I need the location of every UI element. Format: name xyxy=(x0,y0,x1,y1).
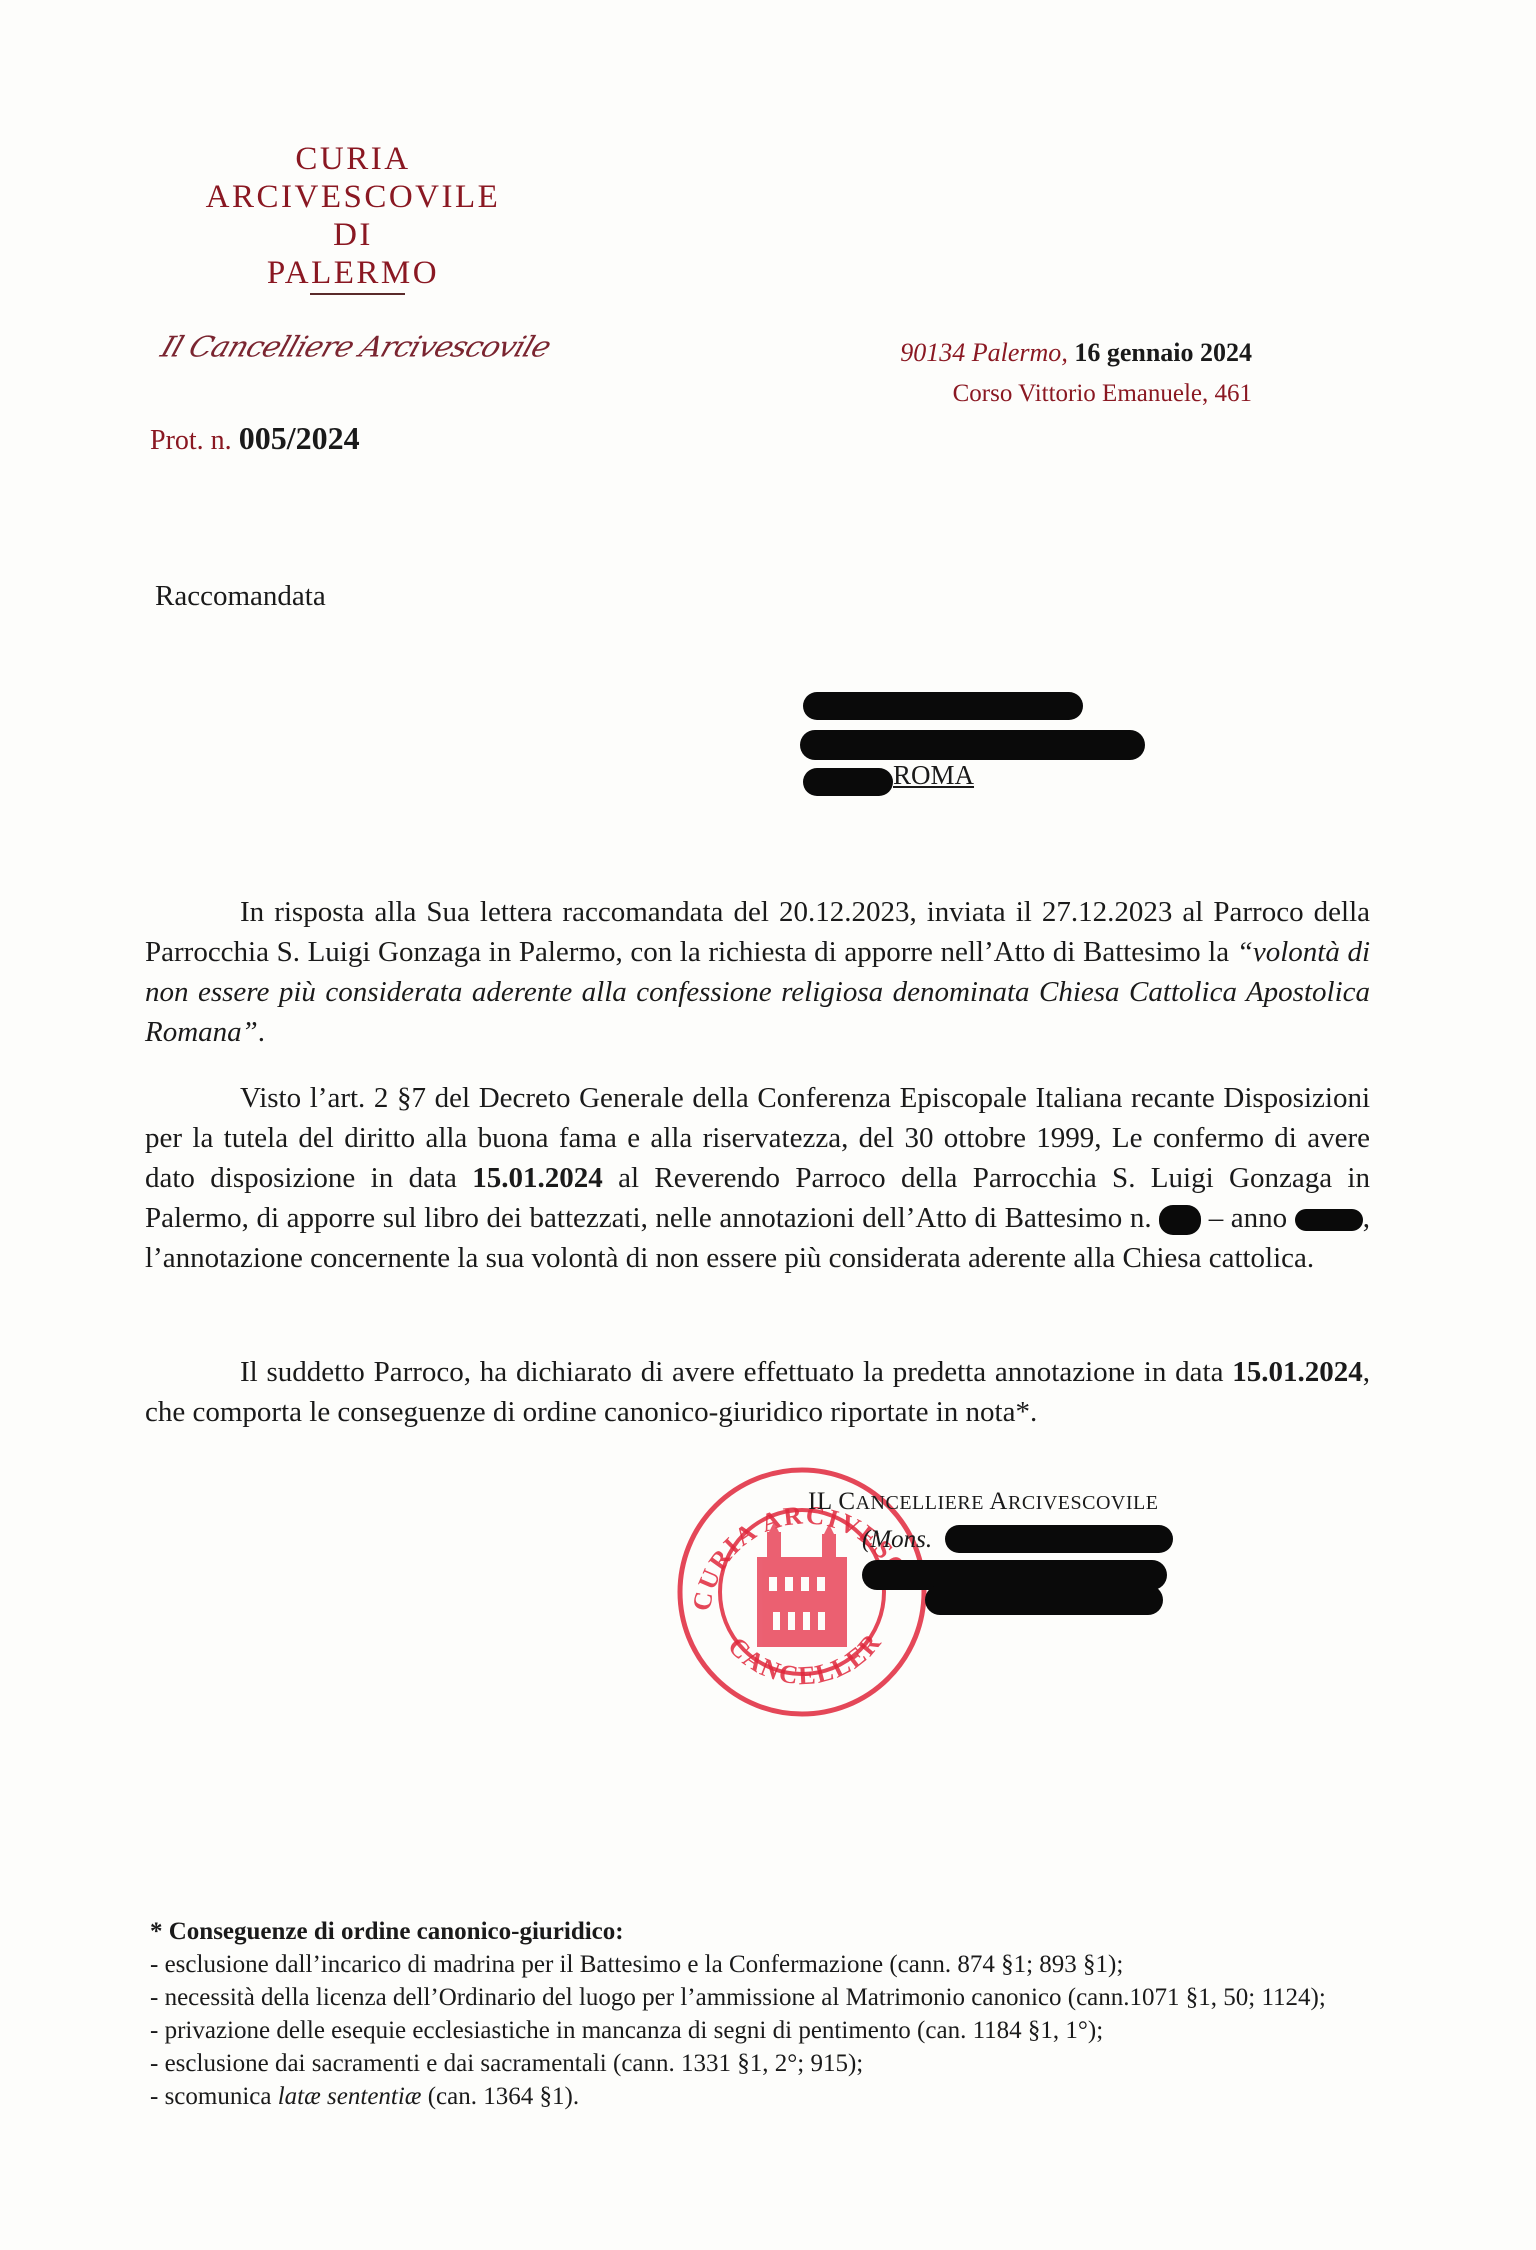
sig-a: A xyxy=(989,1488,1008,1515)
redacted-recipient-line-3 xyxy=(803,768,893,796)
paragraph-2: Visto l’art. 2 §7 del Decreto Generale d… xyxy=(145,1078,1370,1278)
paragraph-2-text-c: – anno xyxy=(1201,1202,1295,1234)
letterhead-line-3: PALERMO xyxy=(148,254,558,292)
sender-address: Corso Vittorio Emanuele, 461 xyxy=(953,380,1252,408)
place: 90134 Palermo xyxy=(900,338,1061,367)
footnote-last-italic: latæ sententiæ xyxy=(278,2083,422,2110)
sig-c: C xyxy=(838,1488,855,1515)
office-script-title: Il Cancelliere Arcivescovile xyxy=(157,331,555,364)
paragraph-1-text: In risposta alla Sua lettera raccomandat… xyxy=(145,896,1370,968)
footnote-item: - necessità della licenza dell’Ordinario… xyxy=(150,1981,1380,2014)
footnote-last-prefix: - scomunica xyxy=(150,2083,278,2110)
footnote: * Conseguenze di ordine canonico-giuridi… xyxy=(150,1915,1380,2113)
sig-rest1: ANCELLIERE xyxy=(856,1492,990,1514)
paragraph-2-date: 15.01.2024 xyxy=(472,1162,603,1194)
redacted-signature-2 xyxy=(925,1585,1163,1615)
footnote-title: * Conseguenze di ordine canonico-giuridi… xyxy=(150,1915,1380,1948)
redacted-recipient-line-1 xyxy=(803,692,1083,720)
sig-rest2: RCIVESCOVILE xyxy=(1008,1492,1158,1514)
signatory-name-prefix: (Mons. xyxy=(862,1526,932,1554)
signatory-title: IL CANCELLIERE ARCIVESCOVILE xyxy=(808,1488,1158,1516)
letterhead-line-1: CURIA ARCIVESCOVILE xyxy=(148,140,558,216)
footnote-last-suffix: (can. 1364 §1). xyxy=(421,2083,579,2110)
letterhead-divider xyxy=(310,293,405,295)
letterhead-line-2: DI xyxy=(148,216,558,254)
footnote-item: - scomunica latæ sententiæ (can. 1364 §1… xyxy=(150,2080,1380,2113)
delivery-type: Raccomandata xyxy=(155,580,326,613)
footnote-item: - esclusione dall’incarico di madrina pe… xyxy=(150,1948,1380,1981)
paragraph-1: In risposta alla Sua lettera raccomandat… xyxy=(145,892,1370,1052)
redacted-recipient-line-2 xyxy=(800,730,1145,760)
date: 16 gennaio 2024 xyxy=(1074,338,1252,367)
protocol-number: Prot. n. 005/2024 xyxy=(150,420,360,457)
footnote-item: - esclusione dai sacramenti e dai sacram… xyxy=(150,2047,1380,2080)
redacted-signatory-name xyxy=(945,1525,1173,1553)
protocol-label: Prot. n. xyxy=(150,425,232,456)
footnote-item: - privazione delle esequie ecclesiastich… xyxy=(150,2014,1380,2047)
paragraph-3: Il suddetto Parroco, ha dichiarato di av… xyxy=(145,1352,1370,1432)
protocol-value: 005/2024 xyxy=(239,420,360,456)
paragraph-3-text-a: Il suddetto Parroco, ha dichiarato di av… xyxy=(240,1356,1232,1388)
sig-il: IL xyxy=(808,1488,838,1515)
redacted-act-number xyxy=(1159,1205,1201,1235)
date-line: 90134 Palermo, 16 gennaio 2024 xyxy=(900,338,1252,368)
paragraph-3-date: 15.01.2024 xyxy=(1232,1356,1363,1388)
footnote-list: - esclusione dall’incarico di madrina pe… xyxy=(150,1948,1380,2113)
paragraph-1-end: . xyxy=(258,1016,265,1048)
recipient-city: ROMA xyxy=(893,760,974,791)
letterhead: CURIA ARCIVESCOVILE DI PALERMO xyxy=(148,140,558,292)
redacted-year xyxy=(1295,1209,1363,1231)
